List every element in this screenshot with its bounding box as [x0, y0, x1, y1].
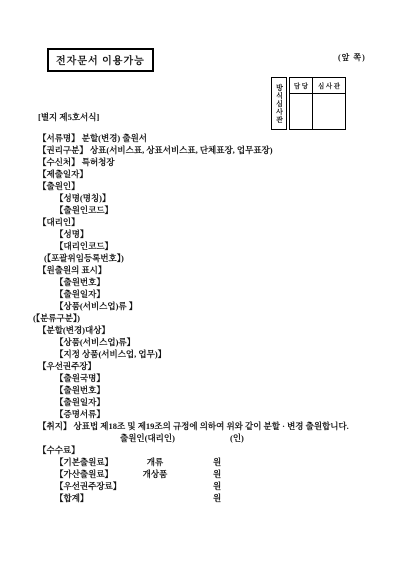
fee-basic-qty-unit: 개류: [135, 456, 175, 468]
field-classification-type: (【분류구분】): [0, 312, 400, 324]
field-document-name: 【서류명】 분할(변경) 출원서: [0, 132, 400, 144]
examiner-empty-cell-2: [313, 94, 345, 129]
field-priority-claim: 【우선권주장】: [0, 360, 400, 372]
fee-additional-qty-unit: 개상품: [135, 468, 175, 480]
fee-total-label: 【합계】: [55, 493, 88, 503]
form-body: 【서류명】 분할(변경) 출원서 【권리구분】 상표(서비스표, 상표서비스표,…: [0, 132, 400, 504]
field-application-number: 【출원번호】: [0, 276, 400, 288]
fee-total-currency: 원: [213, 492, 221, 504]
examiner-col-header-simsagwan: 심 사 관: [313, 78, 345, 94]
field-submission-date: 【제출일자】: [0, 168, 400, 180]
field-applicant-code: 【출원인코드】: [0, 204, 400, 216]
field-priority-application-number: 【출원번호】: [0, 384, 400, 396]
fee-row-additional: 【가산출원료】 개상품 원: [0, 468, 400, 480]
electronic-document-stamp: 전자문서 이용가능: [47, 48, 154, 72]
fee-row-total: 【합계】 원: [0, 492, 400, 504]
field-designated-goods: 【지정 상품(서비스업, 업무)】: [0, 348, 400, 360]
fee-basic-currency: 원: [213, 456, 221, 468]
fee-row-priority: 【우선권주장료】 원: [0, 480, 400, 492]
field-agent-name: 【성명】: [0, 228, 400, 240]
field-agent-code: 【대리인코드】: [0, 240, 400, 252]
examiner-empty-cell-1: [290, 94, 313, 129]
field-certificate-documents: 【증명서류】: [0, 408, 400, 420]
field-applicant-name: 【성명(명칭)】: [0, 192, 400, 204]
field-purpose-statement: 【취지】 상표법 제18조 및 제19조의 규정에 의하여 위와 같이 분할 ·…: [0, 420, 400, 432]
fee-basic-label: 【기본출원료】: [55, 457, 113, 467]
signature-applicant-label: 출원인(대리인): [120, 432, 175, 444]
page-side-label: (앞 쪽): [338, 52, 366, 63]
field-right-category: 【권리구분】 상표(서비스표, 상표서비스표, 단체표장, 업무표장): [0, 144, 400, 156]
field-division-change-target: 【분할(변경)대상】: [0, 324, 400, 336]
field-goods-service-class-2: 【상품(서비스업)류】: [0, 336, 400, 348]
field-original-application-indication: 【원출원의 표시】: [0, 264, 400, 276]
form-reference-label: [별지 제5호서식]: [38, 111, 99, 123]
fee-row-basic: 【기본출원료】 개류 원: [0, 456, 400, 468]
document-page: 전자문서 이용가능 (앞 쪽) 방식심사관 담 당 심 사 관 [별지 제5호서…: [0, 0, 400, 565]
examiner-grid: 담 당 심 사 관: [289, 77, 346, 130]
field-priority-country: 【출원국명】: [0, 372, 400, 384]
formality-examiner-header: 방식심사관: [271, 77, 287, 130]
fee-section-title: 【수수료】: [0, 444, 400, 456]
examiner-table: 방식심사관 담 당 심 사 관: [271, 77, 346, 130]
field-application-date: 【출원일자】: [0, 288, 400, 300]
signature-seal-label: (인): [230, 432, 244, 444]
fee-priority-currency: 원: [213, 480, 221, 492]
field-priority-application-date: 【출원일자】: [0, 396, 400, 408]
fee-priority-label: 【우선권주장료】: [55, 481, 121, 491]
field-agent: 【대리인】: [0, 216, 400, 228]
field-applicant: 【출원인】: [0, 180, 400, 192]
fee-additional-currency: 원: [213, 468, 221, 480]
signature-line: 출원인(대리인) (인): [0, 432, 400, 444]
field-recipient: 【수신처】 특허청장: [0, 156, 400, 168]
examiner-col-header-damdang: 담 당: [290, 78, 313, 94]
field-goods-service-class: 【상품(서비스업)류 】: [0, 300, 400, 312]
field-delegation-registration-number: (【포괄위임등록번호】): [0, 252, 400, 264]
fee-additional-label: 【가산출원료】: [55, 469, 113, 479]
